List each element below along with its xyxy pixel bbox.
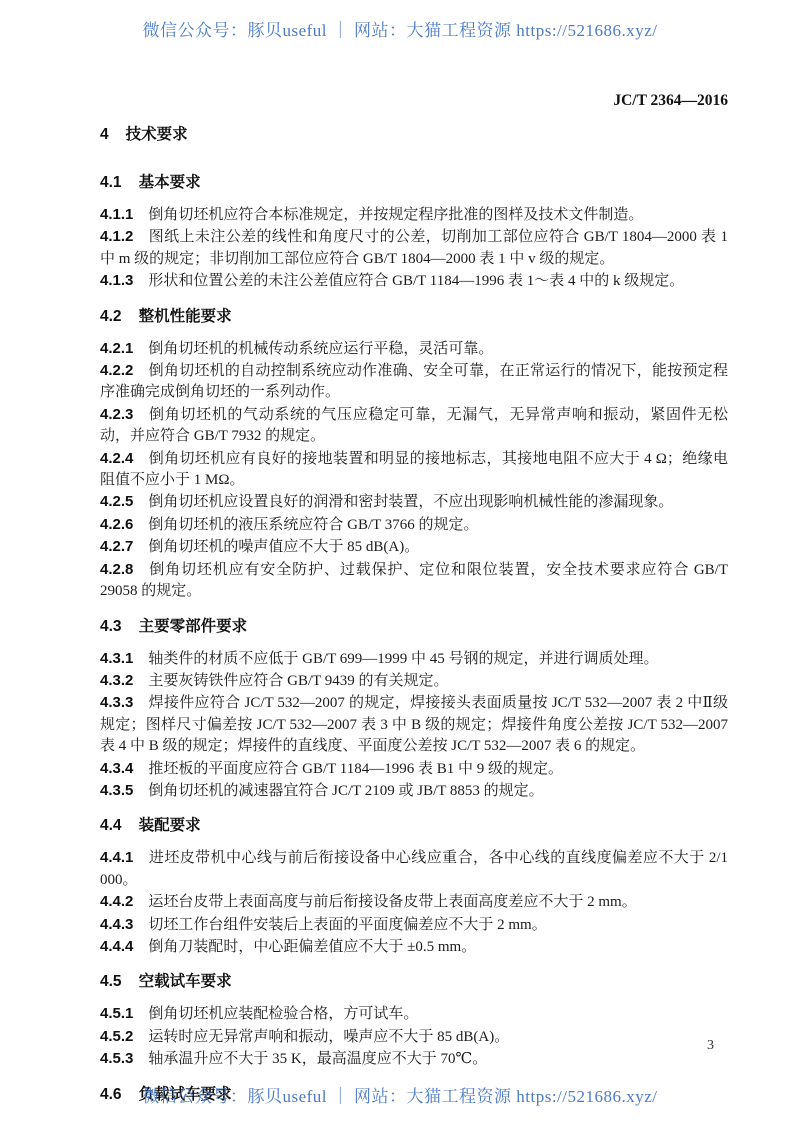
section-title: 基本要求 [139,174,201,191]
clause-number: 4.4.2 [100,893,133,910]
clause-4-3-4: 4.3.4推坯板的平面度应符合 GB/T 1184—1996 表 B1 中 9 … [100,758,728,780]
clause-text: 形状和位置公差的未注公差值应符合 GB/T 1184—1996 表 1～表 4 … [148,273,684,289]
clause-text: 倒角切坯机应符合本标准规定，并按规定程序批准的图样及技术文件制造。 [148,207,643,223]
clause-4-1-2: 4.1.2图纸上未注公差的线性和角度尺寸的公差，切削加工部位应符合 GB/T 1… [100,226,728,270]
clause-number: 4.3.4 [100,760,133,777]
clause-4-2-4: 4.2.4倒角切坯机应有良好的接地装置和明显的接地标志，其接地电阻不应大于 4 … [100,448,728,492]
section-title: 装配要求 [139,817,201,834]
clause-text: 倒角切坯机应装配检验合格，方可试车。 [148,1006,418,1022]
clause-text: 倒角切坯机的机械传动系统应运行平稳，灵活可靠。 [148,341,493,357]
clause-4-2-2: 4.2.2倒角切坯机的自动控制系统应动作准确、安全可靠，在正常运行的情况下，能按… [100,360,728,404]
clause-number: 4.2.3 [100,406,133,423]
clause-number: 4.2.1 [100,340,133,357]
clause-4-2-7: 4.2.7倒角切坯机的噪声值应不大于 85 dB(A)。 [100,536,728,558]
clause-4-1-1: 4.1.1倒角切坯机应符合本标准规定，并按规定程序批准的图样及技术文件制造。 [100,204,728,226]
clause-number: 4.1.2 [100,228,133,245]
clause-4-4-1: 4.4.1进坯皮带机中心线与前后衔接设备中心线应重合，各中心线的直线度偏差应不大… [100,847,728,891]
clause-text: 倒角切坯机的自动控制系统应动作准确、安全可靠，在正常运行的情况下，能按预定程序准… [100,363,728,400]
page-number: 3 [707,1038,714,1054]
section-title: 主要零部件要求 [139,618,248,635]
clause-text: 图纸上未注公差的线性和角度尺寸的公差，切削加工部位应符合 GB/T 1804—2… [100,229,728,266]
document-page: { "watermark": { "color": "#4d7bc7", "he… [0,0,800,1131]
section-heading-4-3: 4.3主要零部件要求 [100,616,728,637]
chapter-heading: 4技术要求 [100,124,728,145]
clause-text: 倒角切坯机应设置良好的润滑和密封装置，不应出现影响机械性能的渗漏现象。 [148,494,673,510]
clause-4-2-3: 4.2.3倒角切坯机的气动系统的气压应稳定可靠，无漏气，无异常声响和振动，紧固件… [100,404,728,448]
clause-4-2-5: 4.2.5倒角切坯机应设置良好的润滑和密封装置，不应出现影响机械性能的渗漏现象。 [100,491,728,513]
clause-number: 4.3.1 [100,650,133,667]
clause-4-2-6: 4.2.6倒角切坯机的液压系统应符合 GB/T 3766 的规定。 [100,514,728,536]
clause-text: 轴承温升应不大于 35 K，最高温度应不大于 70℃。 [148,1051,487,1067]
clause-4-2-8: 4.2.8倒角切坯机应有安全防护、过载保护、定位和限位装置，安全技术要求应符合 … [100,559,728,603]
section-number: 4.3 [100,616,122,637]
clause-text: 运坯台皮带上表面高度与前后衔接设备皮带上表面高度差应不大于 2 mm。 [148,894,636,910]
clause-number: 4.4.4 [100,938,133,955]
clause-number: 4.1.1 [100,206,133,223]
clause-text: 倒角切坯机应有安全防护、过载保护、定位和限位装置，安全技术要求应符合 GB/T … [100,562,728,599]
clause-4-3-3: 4.3.3焊接件应符合 JC/T 532—2007 的规定，焊接接头表面质量按 … [100,692,728,757]
clause-text: 推坯板的平面度应符合 GB/T 1184—1996 表 B1 中 9 级的规定。 [148,761,563,777]
section-heading-4-4: 4.4装配要求 [100,815,728,836]
clause-number: 4.2.8 [100,561,133,578]
clause-4-4-3: 4.4.3切坯工作台组件安装后上表面的平面度偏差应不大于 2 mm。 [100,914,728,936]
clause-text: 焊接件应符合 JC/T 532—2007 的规定，焊接接头表面质量按 JC/T … [100,695,728,754]
clause-4-5-1: 4.5.1倒角切坯机应装配检验合格，方可试车。 [100,1003,728,1025]
chapter-title: 技术要求 [126,126,188,143]
clause-number: 4.2.6 [100,516,133,533]
clause-text: 倒角切坯机的气动系统的气压应稳定可靠，无漏气，无异常声响和振动，紧固件无松动，并… [100,407,728,444]
clause-4-3-1: 4.3.1轴类件的材质不应低于 GB/T 699—1999 中 45 号钢的规定… [100,648,728,670]
clause-number: 4.3.5 [100,782,133,799]
clause-4-4-4: 4.4.4倒角刀装配时，中心距偏差值应不大于 ±0.5 mm。 [100,936,728,958]
clause-4-3-5: 4.3.5倒角切坯机的减速器宜符合 JC/T 2109 或 JB/T 8853 … [100,780,728,802]
clause-number: 4.4.3 [100,916,133,933]
clause-number: 4.5.2 [100,1028,133,1045]
clause-4-4-2: 4.4.2运坯台皮带上表面高度与前后衔接设备皮带上表面高度差应不大于 2 mm。 [100,891,728,913]
clause-text: 轴类件的材质不应低于 GB/T 699—1999 中 45 号钢的规定，并进行调… [148,651,658,667]
clause-number: 4.2.7 [100,538,133,555]
clause-4-5-2: 4.5.2运转时应无异常声响和振动，噪声应不大于 85 dB(A)。 [100,1026,728,1048]
clause-number: 4.1.3 [100,272,133,289]
clause-number: 4.4.1 [100,849,133,866]
clause-4-3-2: 4.3.2主要灰铸铁件应符合 GB/T 9439 的有关规定。 [100,670,728,692]
section-title: 空载试车要求 [139,973,232,990]
clause-text: 主要灰铸铁件应符合 GB/T 9439 的有关规定。 [148,673,448,689]
clause-4-5-3: 4.5.3轴承温升应不大于 35 K，最高温度应不大于 70℃。 [100,1048,728,1070]
clause-text: 进坯皮带机中心线与前后衔接设备中心线应重合，各中心线的直线度偏差应不大于 2/1… [100,850,728,887]
section-number: 4.5 [100,971,122,992]
header-watermark: 微信公众号：豚贝useful ｜ 网站：大猫工程资源 https://52168… [0,16,800,41]
clause-number: 4.3.3 [100,694,133,711]
clause-number: 4.2.5 [100,493,133,510]
clause-number: 4.5.1 [100,1005,133,1022]
section-heading-4-2: 4.2整机性能要求 [100,306,728,327]
clause-number: 4.5.3 [100,1050,133,1067]
clause-4-1-3: 4.1.3形状和位置公差的未注公差值应符合 GB/T 1184—1996 表 1… [100,270,728,292]
section-number: 4.2 [100,306,122,327]
section-heading-4-5: 4.5空载试车要求 [100,971,728,992]
chapter-number: 4 [100,124,109,145]
section-number: 4.1 [100,172,122,193]
footer-watermark: 微信公众号：豚贝useful ｜ 网站：大猫工程资源 https://52168… [0,1082,800,1107]
section-heading-4-1: 4.1基本要求 [100,172,728,193]
clause-number: 4.2.2 [100,362,133,379]
clause-4-2-1: 4.2.1倒角切坯机的机械传动系统应运行平稳，灵活可靠。 [100,338,728,360]
doc-number: JC/T 2364—2016 [613,92,728,110]
clause-text: 切坯工作台组件安装后上表面的平面度偏差应不大于 2 mm。 [148,917,546,933]
document-body: 4技术要求 4.1基本要求 4.1.1倒角切坯机应符合本标准规定，并按规定程序批… [100,124,728,1116]
clause-text: 倒角切坯机应有良好的接地装置和明显的接地标志，其接地电阻不应大于 4 Ω；绝缘电… [100,451,728,488]
clause-text: 倒角切坯机的减速器宜符合 JC/T 2109 或 JB/T 8853 的规定。 [148,783,543,799]
clause-text: 运转时应无异常声响和振动，噪声应不大于 85 dB(A)。 [148,1029,509,1045]
section-number: 4.4 [100,815,122,836]
clause-text: 倒角切坯机的噪声值应不大于 85 dB(A)。 [148,539,419,555]
clause-number: 4.3.2 [100,672,133,689]
section-title: 整机性能要求 [139,308,232,325]
clause-text: 倒角切坯机的液压系统应符合 GB/T 3766 的规定。 [148,517,478,533]
clause-number: 4.2.4 [100,450,133,467]
clause-text: 倒角刀装配时，中心距偏差值应不大于 ±0.5 mm。 [148,939,476,955]
